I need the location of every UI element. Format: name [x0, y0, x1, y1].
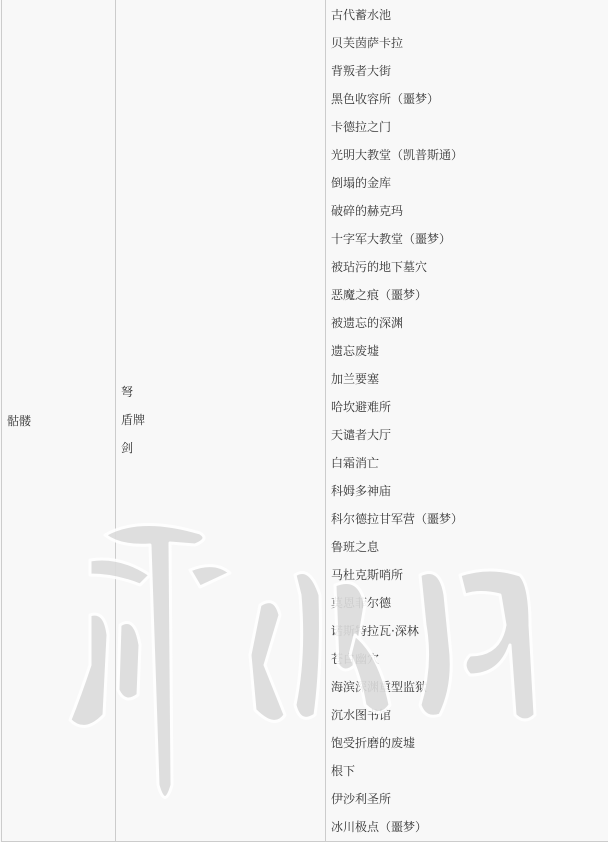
enemy-name: 骷髅	[7, 414, 31, 428]
location-item: 背叛者大街	[331, 57, 608, 85]
location-item: 根下	[331, 757, 608, 785]
enemy-cell: 骷髅	[2, 0, 116, 842]
location-item: 白霜消亡	[331, 449, 608, 477]
location-item: 天谴者大厅	[331, 421, 608, 449]
location-item: 苍白幽穴	[331, 645, 608, 673]
location-item: 海滨深渊重型监狱	[331, 673, 608, 701]
enemy-location-table: 骷髅 弩 盾牌 剑 古代蓄水池 贝芙茵萨卡拉 背叛者大街 黑色收容所（噩梦） 卡…	[1, 0, 608, 842]
location-item: 黑色收容所（噩梦）	[331, 85, 608, 113]
table-row: 骷髅 弩 盾牌 剑 古代蓄水池 贝芙茵萨卡拉 背叛者大街 黑色收容所（噩梦） 卡…	[2, 0, 608, 842]
location-item: 贝芙茵萨卡拉	[331, 29, 608, 57]
location-item: 沉水图书馆	[331, 701, 608, 729]
location-item: 饱受折磨的废墟	[331, 729, 608, 757]
location-item: 被玷污的地下墓穴	[331, 253, 608, 281]
location-item: 十字军大教堂（噩梦）	[331, 225, 608, 253]
location-item: 遗忘废墟	[331, 337, 608, 365]
location-item: 光明大教堂（凯普斯通）	[331, 141, 608, 169]
location-item: 哈坎避难所	[331, 393, 608, 421]
location-item: 倒塌的金库	[331, 169, 608, 197]
location-item: 卡德拉之门	[331, 113, 608, 141]
location-item: 科姆多神庙	[331, 477, 608, 505]
location-item: 伊沙利圣所	[331, 785, 608, 813]
location-item: 古代蓄水池	[331, 1, 608, 29]
location-item: 加兰要塞	[331, 365, 608, 393]
location-item: 科尔德拉甘军营（噩梦）	[331, 505, 608, 533]
weapon-item: 盾牌	[121, 406, 325, 434]
weapon-item: 剑	[121, 434, 325, 462]
weapon-item: 弩	[121, 378, 325, 406]
location-item: 破碎的赫克玛	[331, 197, 608, 225]
location-item: 鲁班之息	[331, 533, 608, 561]
location-item: 冰川极点（噩梦）	[331, 813, 608, 841]
location-item: 恶魔之痕（噩梦）	[331, 281, 608, 309]
location-item: 被遗忘的深渊	[331, 309, 608, 337]
location-item: 马杜克斯哨所	[331, 561, 608, 589]
location-item: 莫恩菲尔德	[331, 589, 608, 617]
location-item: 诺斯特拉瓦·深林	[331, 617, 608, 645]
weapons-cell: 弩 盾牌 剑	[116, 0, 326, 842]
locations-cell: 古代蓄水池 贝芙茵萨卡拉 背叛者大街 黑色收容所（噩梦） 卡德拉之门 光明大教堂…	[326, 0, 608, 842]
